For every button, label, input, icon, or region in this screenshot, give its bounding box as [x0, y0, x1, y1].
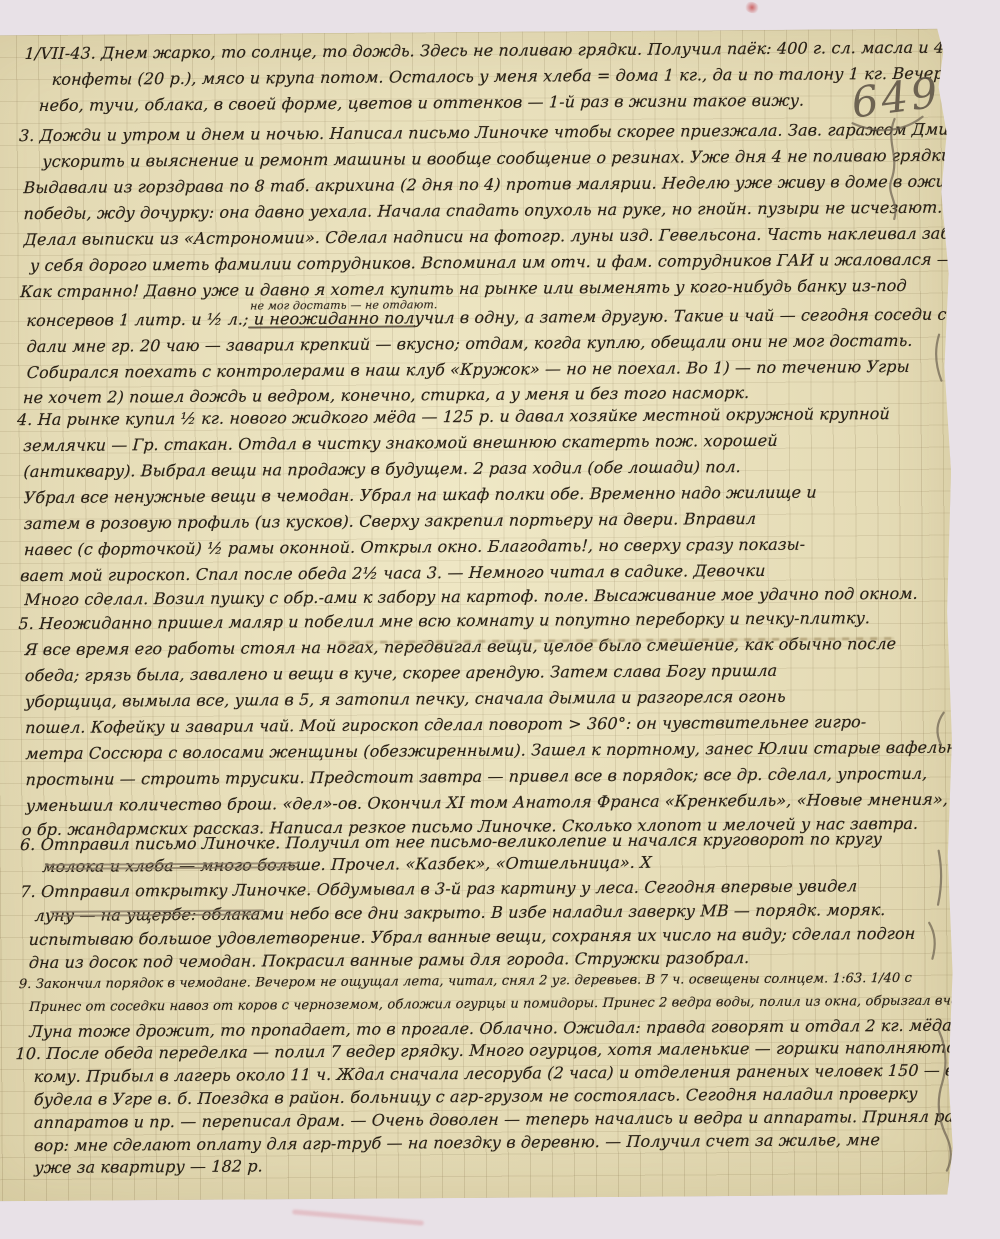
handwriting-line: будела в Угре в. б. Поездка в район. бол…: [33, 1084, 918, 1109]
handwriting-line: Луна тоже дрожит, то пропадает, то в про…: [29, 1016, 958, 1041]
handwriting-line: Как странно! Давно уже и давно я хотел к…: [20, 276, 907, 301]
handwriting-line: 10. После обеда переделка — полил 7 веде…: [15, 1037, 1000, 1063]
handwriting-line: уборщица, вымыла все, ушла в 5, я затопи…: [25, 687, 787, 711]
handwriting-line: обеда; грязь была, завалено и вещи в куч…: [24, 661, 777, 685]
handwriting-line: ускорить и выяснение и ремонт машины и в…: [42, 145, 1000, 171]
handwriting-line: победы, жду дочурку: она давно уехала. Н…: [23, 198, 943, 223]
handwriting-line: Делал выписки из «Астрономии». Сделал на…: [23, 223, 1000, 249]
handwriting-line: Выдавали из горздрава по 8 таб. акрихина…: [23, 171, 998, 197]
handwriting-line: Много сделал. Возил пушку с обр.-ами к з…: [24, 584, 918, 609]
handwriting-line: 7. Отправил открытку Линочке. Обдумывал …: [20, 876, 858, 901]
handwriting-line: 3. Дожди и утром и днем и ночью. Написал…: [19, 119, 1000, 145]
ink-underline: [248, 325, 416, 328]
handwriting-line: уже за квартиру — 182 р.: [34, 1156, 263, 1177]
handwriting-lines: 1/VII-43. Днем жарко, то солнце, то дожд…: [0, 0, 996, 3]
handwriting-line: у себя дорого иметь фамилии сотрудников.…: [30, 249, 1000, 275]
handwriting-line: испытываю большое удовлетворение. Убрал …: [28, 924, 915, 949]
handwriting-line: пошел. Кофейку и заварил чай. Мой гироск…: [25, 712, 867, 737]
handwriting-line: 5. Неожиданно пришел маляр и побелил мне…: [18, 608, 871, 633]
underline-marks: [0, 0, 996, 3]
handwriting-line: 4. На рынке купил ½ кг. нового жидкого м…: [17, 404, 891, 429]
pink-streak: [292, 1209, 424, 1225]
handwriting-line: консервов 1 литр. и ½ л.; и неожиданно п…: [26, 304, 995, 330]
handwriting-line: Собирался поехать с контролерами в наш к…: [26, 357, 910, 382]
handwriting-line: вает мой гироскоп. Спал после обеда 2½ ч…: [20, 561, 766, 585]
handwriting-line: метра Соссюра с волосами женщины (обезжи…: [25, 737, 980, 763]
handwriting-line: навес (с форточкой) ½ рамы оконной. Откр…: [24, 535, 806, 559]
handwriting-line: дна из досок под чемодан. Покрасил ванны…: [28, 948, 749, 972]
handwriting-line: аппаратов и пр. — переписал драм. — Очен…: [34, 1106, 987, 1132]
handwriting-line: луну — на ущербе: облаками небо все дни …: [34, 900, 886, 925]
handwriting-line: не хочет 2) пошел дождь и ведром, конечн…: [23, 383, 750, 407]
handwriting-line: кому. Прибыл в лагерь около 11 ч. Ждал с…: [33, 1060, 994, 1086]
handwriting-line: затем в розовую профиль (из кусков). Све…: [23, 509, 756, 533]
handwriting-line: уменьшил количество брош. «дел»-ов. Окон…: [25, 789, 1000, 815]
handwriting-line: (антиквару). Выбрал вещи на продажу в бу…: [23, 457, 741, 481]
handwriting-line: дали мне гр. 20 чаю — заварил крепкий — …: [26, 331, 913, 356]
handwriting-line: землячки — Гр. стакан. Отдал в чистку зн…: [23, 431, 778, 455]
handwriting-line: простыни — строить трусики. Предстоит за…: [25, 764, 928, 789]
handwriting-line: 1/VII-43. Днем жарко, то солнце, то дожд…: [24, 37, 1000, 63]
handwriting-line: вор: мне сделают оплату для агр-труб — н…: [34, 1130, 881, 1155]
handwriting-line: Убрал все ненужные вещи в чемодан. Убрал…: [23, 483, 817, 508]
page-number-pencil: 649: [849, 67, 944, 127]
handwriting-line: небо, тучи, облака, в своей форме, цвето…: [38, 91, 804, 115]
diary-page: 1/VII-43. Днем жарко, то солнце, то дожд…: [0, 29, 956, 1202]
photo-backdrop: 1/VII-43. Днем жарко, то солнце, то дожд…: [0, 0, 1000, 1239]
handwriting-line: 9. Закончил порядок в чемодане. Вечером …: [19, 971, 913, 992]
red-smudge: [743, 0, 762, 15]
handwriting-line: Принес от соседки навоз от коров с черно…: [29, 993, 980, 1015]
handwriting-content: 1/VII-43. Днем жарко, то солнце, то дожд…: [0, 0, 1000, 1239]
